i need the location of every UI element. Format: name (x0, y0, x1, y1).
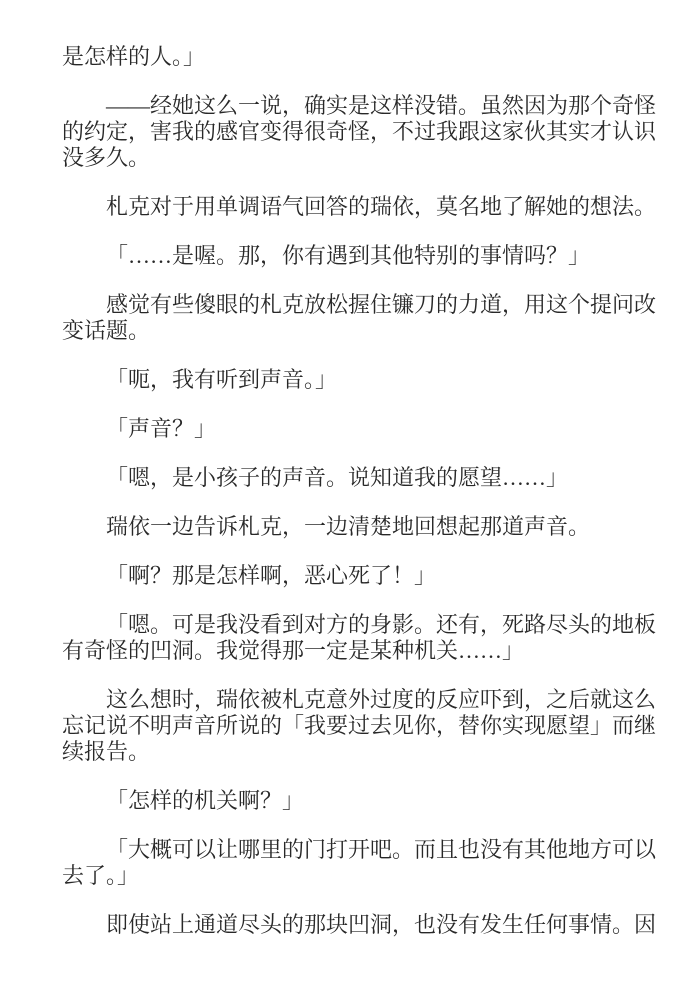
paragraph: ——经她这么一说，确实是这样没错。虽然因为那个奇怪 的约定，害我的感官变得很奇怪… (62, 93, 660, 171)
paragraph: 感觉有些傻眼的札克放松握住镰刀的力道，用这个提问改 变话题。 (62, 292, 660, 344)
paragraph: 即使站上通道尽头的那块凹洞，也没有发生任何事情。因 (62, 912, 660, 938)
paragraph: 「声音？」 (62, 416, 660, 442)
paragraph: 札克对于用单调语气回答的瑞依，莫名地了解她的想法。 (62, 194, 660, 220)
paragraph: 这么想时，瑞依被札克意外过度的反应吓到，之后就这么 忘记说不明声音所说的「我要过… (62, 687, 660, 765)
paragraph: 「呃，我有听到声音。」 (62, 367, 660, 393)
paragraph: 「怎样的机关啊？」 (62, 788, 660, 814)
paragraph: 瑞依一边告诉札克，一边清楚地回想起那道声音。 (62, 514, 660, 540)
paragraph: 「大概可以让哪里的门打开吧。而且也没有其他地方可以 去了。」 (62, 837, 660, 889)
paragraph: 「……是喔。那，你有遇到其他特别的事情吗？」 (62, 243, 660, 269)
paragraph: 「嗯。可是我没看到对方的身影。还有，死路尽头的地板 有奇怪的凹洞。我觉得那一定是… (62, 612, 660, 664)
paragraph: 是怎样的人。」 (62, 44, 660, 70)
paragraph: 「啊？那是怎样啊，恶心死了！」 (62, 563, 660, 589)
paragraph: 「嗯，是小孩子的声音。说知道我的愿望……」 (62, 465, 660, 491)
text-content: 是怎样的人。」——经她这么一说，确实是这样没错。虽然因为那个奇怪 的约定，害我的… (62, 44, 660, 938)
novel-page: 是怎样的人。」——经她这么一说，确实是这样没错。虽然因为那个奇怪 的约定，害我的… (0, 0, 700, 992)
